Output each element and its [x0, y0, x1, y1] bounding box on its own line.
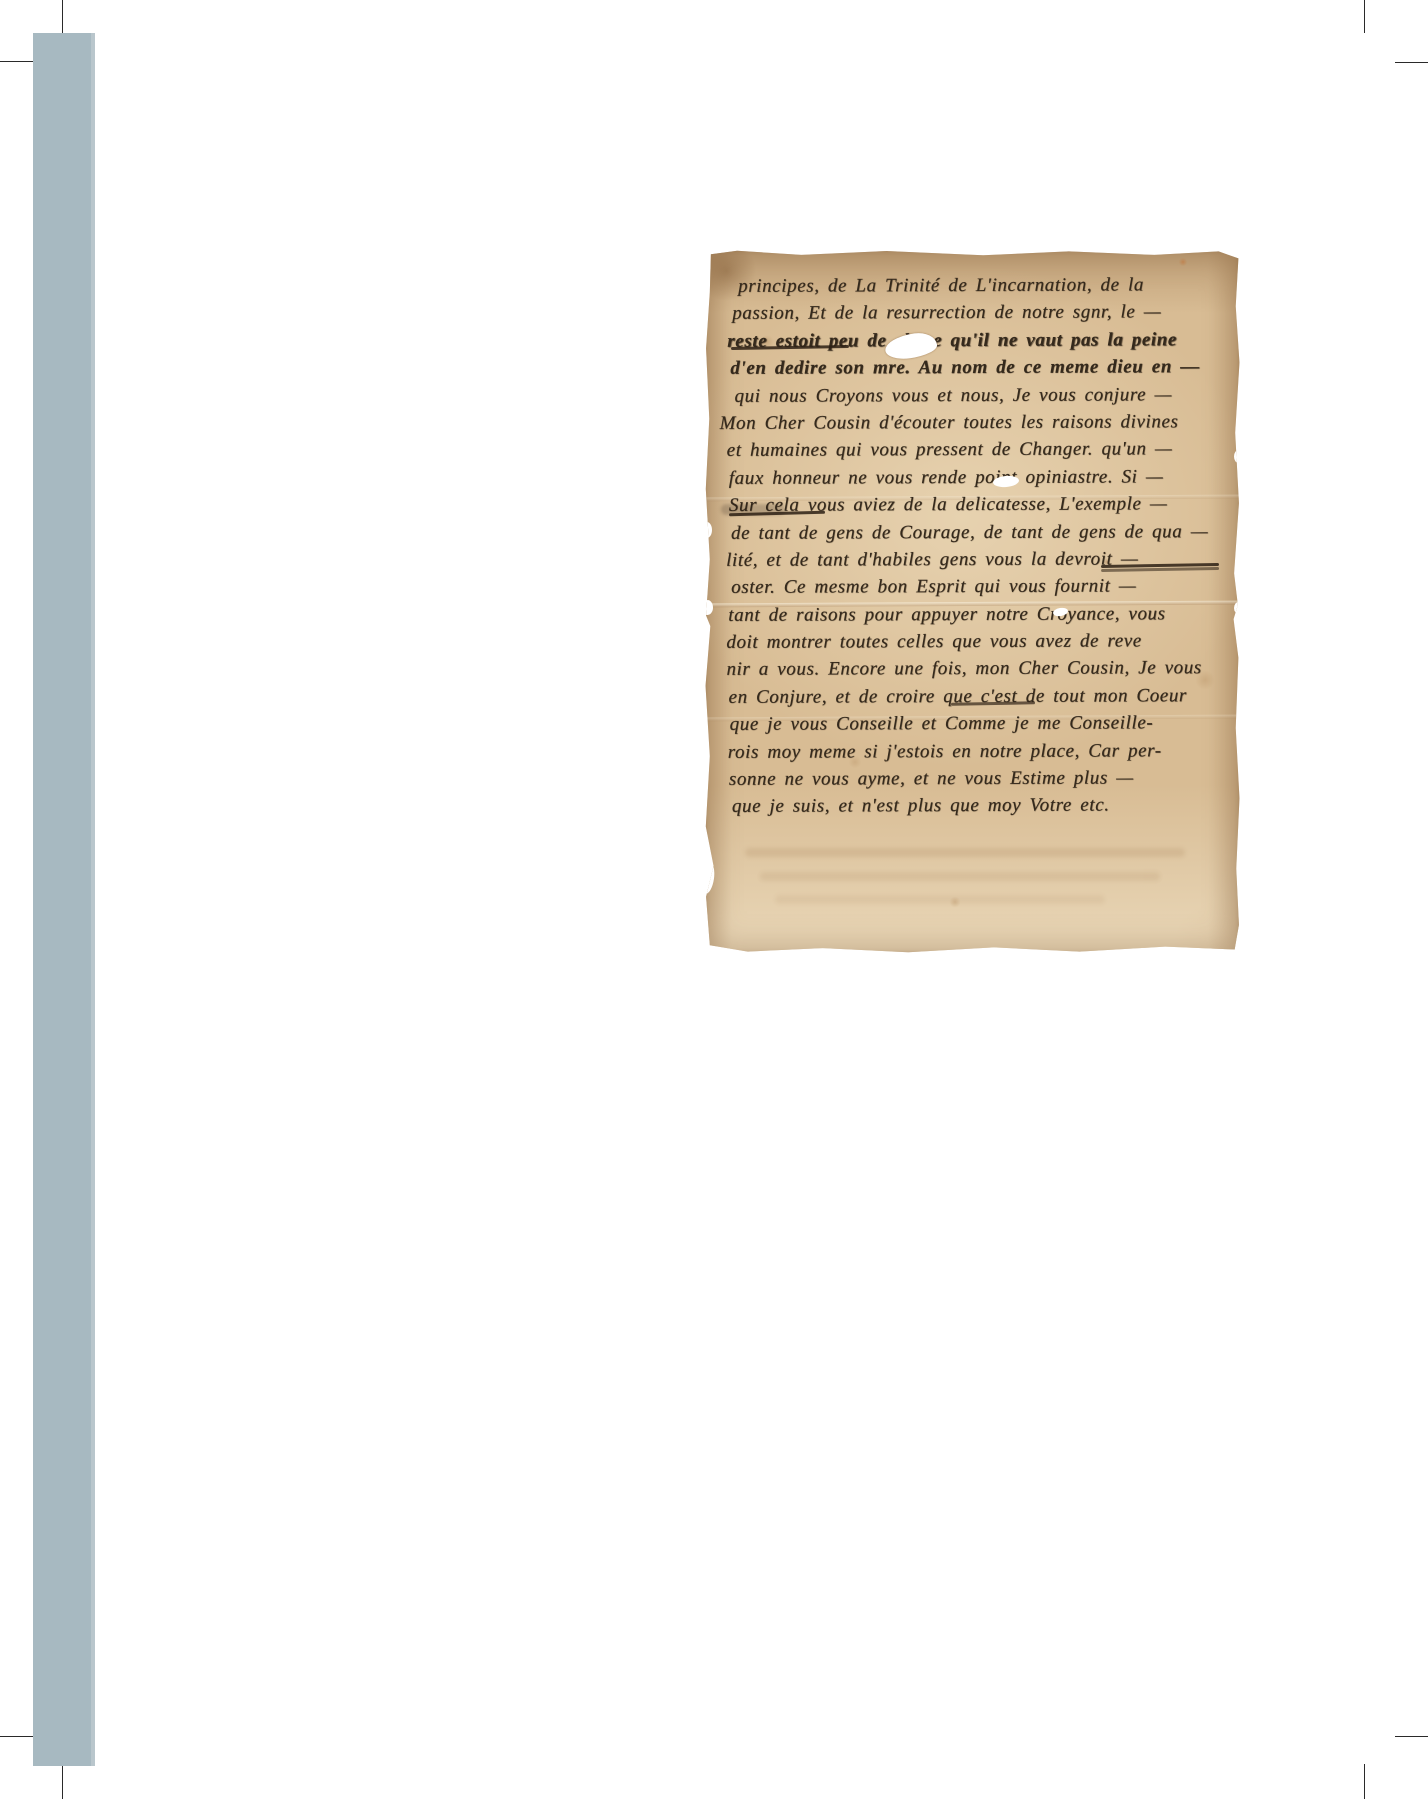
- manuscript-line-14: doit montrer toutes celles que vous avez…: [715, 627, 1234, 656]
- crop-mark-bottom-left-vertical: [62, 1766, 63, 1799]
- crop-mark-bottom-right-vertical: [1364, 1764, 1365, 1799]
- manuscript-line-6: Mon Cher Cousin d'écouter toutes les rai…: [715, 408, 1234, 437]
- manuscript-line-5: qui nous Croyons vous et nous, Je vous c…: [714, 381, 1233, 410]
- manuscript-scan: principes, de La Trinité de L'incarnatio…: [705, 250, 1240, 953]
- manuscript-line-4: d'en dedire son mre. Au nom de ce meme d…: [714, 353, 1233, 382]
- manuscript-line-17: que je vous Conseille et Comme je me Con…: [716, 709, 1235, 738]
- page-canvas: principes, de La Trinité de L'incarnatio…: [0, 0, 1428, 1799]
- manuscript-line-3: reste estoit peu de chose qu'il ne vaut …: [714, 326, 1233, 355]
- crop-mark-bottom-right-horizontal: [1395, 1736, 1428, 1737]
- crop-mark-top-left-vertical: [62, 0, 63, 33]
- crop-mark-top-left-horizontal: [0, 61, 33, 62]
- manuscript-line-7: et humaines qui vous pressent de Changer…: [715, 435, 1234, 464]
- manuscript-line-12: oster. Ce mesme bon Esprit qui vous four…: [715, 572, 1234, 601]
- manuscript-line-11: lité, et de tant d'habiles gens vous la …: [715, 545, 1234, 574]
- paper-edge-tear: [702, 600, 713, 615]
- crop-mark-bottom-left-horizontal: [0, 1736, 33, 1737]
- crop-mark-top-right-horizontal: [1395, 62, 1428, 63]
- manuscript-line-2: passion, Et de la resurrection de notre …: [714, 298, 1233, 327]
- paper-edge-tear: [702, 522, 712, 538]
- manuscript-line-1: principes, de La Trinité de L'incarnatio…: [714, 271, 1233, 300]
- manuscript-line-13: tant de raisons pour appuyer notre Croya…: [715, 600, 1234, 629]
- paper-edge-tear: [1234, 450, 1243, 463]
- manuscript-line-15: nir a vous. Encore une fois, mon Cher Co…: [715, 655, 1234, 684]
- manuscript-line-16: en Conjure, et de croire que c'est de to…: [715, 682, 1234, 711]
- manuscript-line-18: rois moy meme si j'estois en notre place…: [716, 737, 1235, 766]
- manuscript-line-19: sonne ne vous ayme, et ne vous Estime pl…: [716, 764, 1235, 793]
- manuscript-line-20: que je suis, et n'est plus que moy Votre…: [716, 792, 1235, 821]
- crop-mark-top-right-vertical: [1364, 0, 1365, 33]
- manuscript-text: principes, de La Trinité de L'incarnatio…: [714, 271, 1235, 821]
- manuscript-line-9: Sur cela vous aviez de la delicatesse, L…: [715, 490, 1234, 519]
- manuscript-line-8: faux honneur ne vous rende point opinias…: [715, 463, 1234, 492]
- paper-edge-tear: [1234, 602, 1243, 614]
- manuscript-line-10: de tant de gens de Courage, de tant de g…: [715, 518, 1234, 547]
- left-color-bar: [33, 33, 95, 1766]
